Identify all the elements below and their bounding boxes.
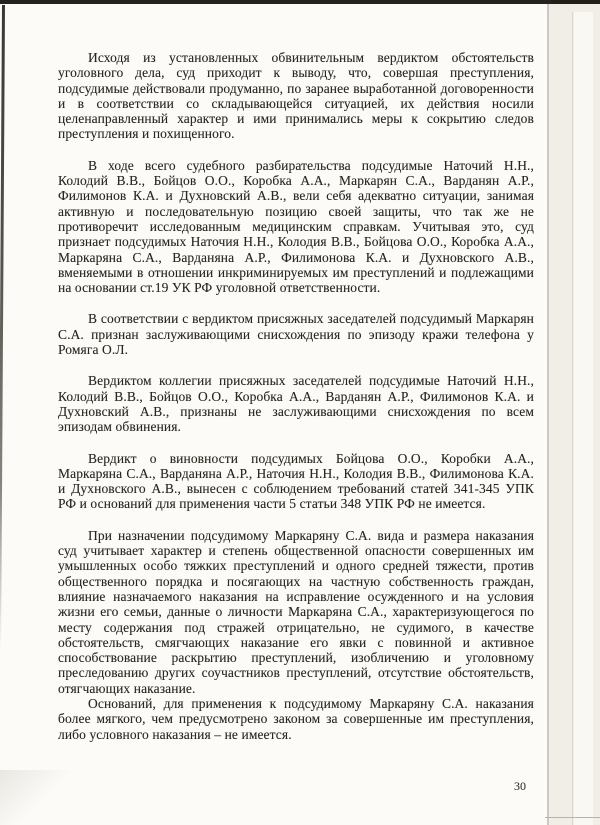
scan-bottom-left-shade xyxy=(0,770,70,825)
scan-right-edge-line xyxy=(547,4,549,825)
document-text-block: Исходя из установленных обвинительным ве… xyxy=(58,50,534,758)
paragraph-defendants-conduct: В ходе всего судебного разбирательства п… xyxy=(58,158,534,296)
paragraph-no-lighter-punishment: Оснований, для применения к подсудимому … xyxy=(58,696,534,742)
page-number: 30 xyxy=(514,779,526,794)
paragraph-verdict-circumstances: Исходя из установленных обвинительным ве… xyxy=(58,50,534,142)
scan-bottom-right-line xyxy=(545,817,600,818)
scan-left-edge-line xyxy=(0,5,5,650)
paragraph-jury-no-leniency: Вердиктом коллегии присяжных заседателей… xyxy=(58,373,534,434)
scanned-document-page: Исходя из установленных обвинительным ве… xyxy=(0,0,600,825)
scan-right-inner-line xyxy=(572,12,573,825)
paragraph-markaryan-leniency: В соответствии с вердиктом присяжных зас… xyxy=(58,311,534,357)
scan-top-edge-line xyxy=(0,0,600,4)
scan-right-bright-strip xyxy=(574,12,593,825)
paragraph-sentencing-considerations: При назначении подсудимому Маркаряну С.А… xyxy=(58,528,534,696)
paragraph-verdict-validity: Вердикт о виновности подсудимых Бойцова … xyxy=(58,451,534,512)
